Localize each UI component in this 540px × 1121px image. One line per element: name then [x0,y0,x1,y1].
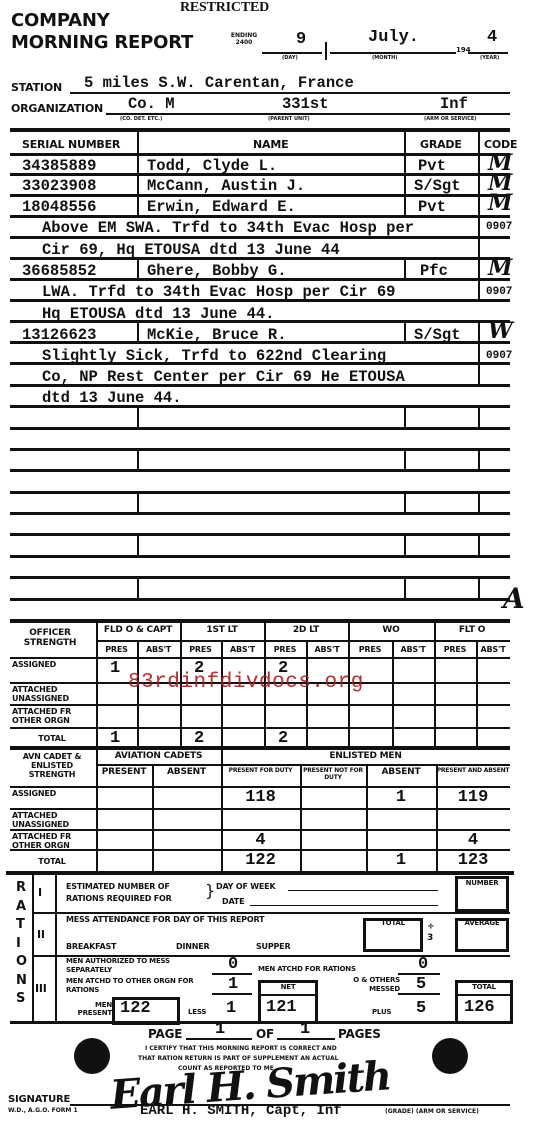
organization-parent-unit[interactable]: 331st [282,95,329,113]
enlisted-column-header: PRESENT FOR DUTY [221,767,300,774]
officer-subcolumn-header: ABS'T [476,645,510,654]
pages-label: PAGES [338,1027,381,1041]
officer-subcolumn-header: ABS'T [221,645,264,654]
total-rations-label: TOTAL [458,983,510,991]
soldier-name: McCann, Austin J. [147,177,305,195]
enlisted-column-header: ABSENT [152,769,221,776]
rations-side-letter: A [16,899,26,914]
remark-line: Cir 69, Hq ETOUSA dtd 13 June 44 [42,241,340,259]
brace: } [205,881,215,900]
net-label: NET [261,983,315,991]
serial-number: 13126623 [22,326,96,344]
enlisted-row-label: ATTACHED FR OTHER ORGN [12,832,92,850]
margin-mark: A [503,582,525,615]
soldier-grade: S/Sgt [414,326,461,344]
supper-label: SUPPER [256,942,290,951]
average-label: AVERAGE [458,919,506,927]
breakfast-label: BREAKFAST [66,942,116,951]
officer-subcolumn-header: ABS'T [306,645,348,654]
ending-label: ENDING 2400 [230,32,258,46]
column-header-name: NAME [253,138,288,151]
day-of-week-label: DAY OF WEEK [216,882,275,891]
enlisted-row-label: ASSIGNED [12,789,92,798]
station-label: STATION [11,81,62,94]
parent-caption: (PARENT UNIT) [268,116,310,122]
enlisted-cell[interactable]: 119 [436,788,510,807]
enlisted-cell[interactable]: 118 [221,788,300,807]
o-others-value[interactable]: 5 [416,975,426,994]
dinner-label: DINNER [176,942,209,951]
organization-company[interactable]: Co. M [128,95,175,113]
duty-code: M [488,190,512,216]
atchd-for-rations-label: MEN ATCHD FOR RATIONS [258,965,356,973]
less-value[interactable]: 1 [226,999,236,1018]
column-header-serial: SERIAL NUMBER [22,138,120,151]
remark-line: dtd 13 June 44. [42,389,182,407]
enlisted-column-header: ABSENT [366,769,436,776]
atchd-other-label: MEN ATCHD TO OTHER ORGN FOR RATIONS [66,977,216,995]
form-number: W.D., A.G.O. FORM 1 [8,1107,78,1114]
rations-side-letter: T [16,917,25,932]
punch-hole-left [74,1038,110,1074]
net-value[interactable]: 121 [266,998,297,1017]
enlisted-cell[interactable]: 122 [221,851,300,870]
report-year[interactable]: 4 [487,28,497,47]
officer-subcolumn-header: PRES [180,645,221,654]
organization-arm[interactable]: Inf [440,95,468,113]
officer-subcolumn-header: PRES [348,645,392,654]
organization-label: ORGANIZATION [11,102,103,115]
aviation-cadets-header: AVIATION CADETS [96,751,221,761]
enlisted-strength-title: AVN CADET & ENLISTED STRENGTH [12,752,92,779]
officer-group-header: 2D LT [264,625,348,635]
soldier-name: McKie, Bruce R. [147,326,287,344]
officer-subcolumn-header: PRES [96,645,137,654]
soldier-grade: Pvt [418,157,446,175]
form-title-line2: MORNING REPORT [11,32,193,53]
officer-cell[interactable]: 1 [110,659,120,678]
serial-number: 18048556 [22,198,96,216]
total-pages[interactable]: 1 [300,1020,310,1039]
officer-group-header: 1ST LT [180,625,264,635]
page-number[interactable]: 1 [215,1020,225,1039]
plus-value[interactable]: 5 [416,999,426,1018]
serial-number: 36685852 [22,262,96,280]
mess-separately-label: MEN AUTHORIZED TO MESS SEPARATELY [66,957,216,975]
estimated-rations-label: ESTIMATED NUMBER OF [66,882,170,891]
enlisted-row-label: TOTAL [12,857,92,866]
section-numeral: II [37,928,45,941]
remark-code: 0907 [486,221,512,233]
total-rations-value[interactable]: 126 [464,998,495,1017]
officer-subcolumn-header: PRES [434,645,476,654]
enlisted-column-header: PRESENT AND ABSENT [436,767,510,774]
men-present-label: MEN PRESENT [60,1001,112,1017]
officer-strength-title: OFFICER STRENGTH [14,628,86,648]
enlisted-column-header: PRESENT NOT FOR DUTY [300,767,366,781]
officer-row-label: ASSIGNED [12,660,92,669]
soldier-grade: Pfc [420,262,448,280]
officer-group-header: WO [348,625,434,635]
day-caption: (DAY) [282,55,298,61]
plus-label: PLUS [372,1008,391,1016]
enlisted-row-label: ATTACHED UNASSIGNED [12,811,92,829]
day-of-week-field[interactable] [288,890,438,891]
officer-row-label: TOTAL [12,734,92,743]
rations-side-letter: S [16,991,25,1006]
total-label: TOTAL [366,919,420,927]
year-caption: (YEAR) [480,55,499,61]
rations-side-letter: O [16,954,27,969]
duty-code: W [488,318,513,344]
rations-side-letter: N [16,973,27,988]
report-day[interactable]: 9 [296,30,306,49]
enlisted-cell[interactable]: 4 [436,831,510,850]
men-present-value[interactable]: 122 [120,999,151,1018]
remark-line: LWA. Trfd to 34th Evac Hosp per Cir 69 [42,283,395,301]
signature-label: SIGNATURE [8,1094,70,1105]
remark-code: 0907 [486,350,512,362]
page-label: PAGE [148,1027,182,1041]
enlisted-cell[interactable]: 123 [436,851,510,870]
enlisted-cell[interactable]: 1 [366,851,436,870]
estimated-rations-label2: RATIONS REQUIRED FOR [66,894,172,903]
certification-line1: I CERTIFY THAT THIS MORNING REPORT IS CO… [145,1045,337,1052]
rations-side-letter: I [16,936,21,951]
section-numeral: III [35,982,47,995]
enlisted-men-header: ENLISTED MEN [221,751,510,761]
less-label: LESS [188,1008,206,1016]
section-numeral: I [38,886,42,899]
atchd-other-value[interactable]: 1 [228,975,238,994]
officer-row-label: ATTACHED FR OTHER ORGN [12,707,92,725]
o-others-label: O & OTHERS MESSED [330,976,400,994]
form-title-line1: COMPANY [11,10,110,31]
atchd-for-rations-value[interactable]: 0 [418,955,428,974]
watermark: 83rdinfdivdocs.org [128,671,364,694]
date-label: DATE [222,897,244,906]
remark-line: Above EM SWA. Trfd to 34th Evac Hosp per [42,219,414,237]
number-label: NUMBER [458,879,506,887]
column-header-grade: GRADE [420,138,462,151]
officer-subcolumn-header: ABS'T [392,645,434,654]
officer-group-header: FLD O & CAPT [96,625,180,635]
soldier-name: Erwin, Edward E. [147,198,296,216]
enlisted-column-header: PRESENT [96,769,152,776]
company-caption: (CO. DET. ETC.) [120,116,162,122]
soldier-name: Todd, Clyde L. [147,157,277,175]
rations-side-letter: R [16,880,26,895]
serial-number: 33023908 [22,177,96,195]
station-field[interactable]: 5 miles S.W. Carentan, France [84,74,354,92]
duty-code: M [488,255,512,281]
date-field[interactable] [250,905,438,906]
month-caption: (MONTH) [372,55,398,61]
divide-by-three: ÷ 3 [427,922,437,944]
signer-typed-name: EARL H. SMITH, Capt, Inf [140,1103,342,1119]
remark-code: 0907 [486,286,512,298]
punch-hole-right [432,1038,468,1074]
enlisted-cell[interactable]: 4 [221,831,300,850]
officer-row-label: ATTACHED UNASSIGNED [12,685,92,703]
of-label: OF [256,1027,274,1041]
mess-attendance-label: MESS ATTENDANCE FOR DAY OF THIS REPORT [66,915,264,924]
officer-subcolumn-header: PRES [264,645,306,654]
soldier-grade: Pvt [418,198,446,216]
enlisted-cell[interactable]: 1 [366,788,436,807]
serial-number: 34385889 [22,157,96,175]
mess-separately-value[interactable]: 0 [228,955,238,974]
remark-line: Hq ETOUSA dtd 13 June 44. [42,305,275,323]
soldier-grade: S/Sgt [414,177,461,195]
remark-line: Co, NP Rest Center per Cir 69 He ETOUSA [42,368,405,386]
classification-stamp: RESTRICTED [180,0,269,16]
grade-arm-caption: (GRADE) (ARM OR SERVICE) [385,1108,479,1115]
officer-subcolumn-header: ABS'T [137,645,180,654]
arm-caption: (ARM OR SERVICE) [424,116,477,122]
report-month[interactable]: July. [368,28,419,47]
soldier-name: Ghere, Bobby G. [147,262,287,280]
officer-group-header: FLT O [434,625,510,635]
remark-line: Slightly Sick, Trfd to 622nd Clearing [42,347,386,365]
